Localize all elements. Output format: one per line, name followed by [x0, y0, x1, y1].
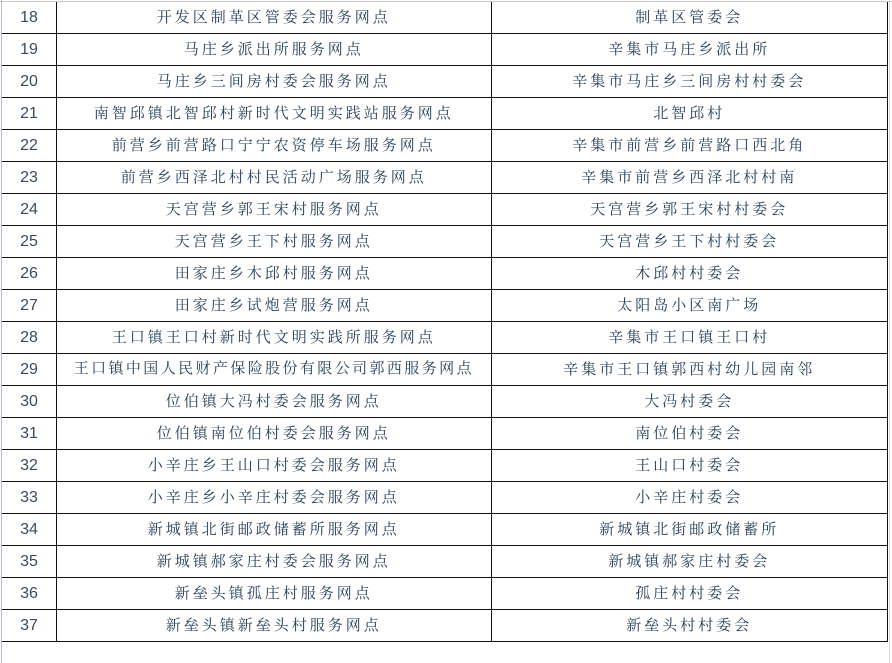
service-point-address: 太阳岛小区南广场 [491, 290, 887, 322]
service-point-address: 辛集市马庄乡派出所 [491, 34, 887, 66]
row-number: 26 [2, 258, 57, 290]
table-row: 30 位伯镇大冯村委会服务网点 大冯村委会 [2, 386, 888, 418]
service-point-name: 新城镇北街邮政储蓄所服务网点 [57, 514, 491, 546]
service-point-name: 小辛庄乡王山口村委会服务网点 [57, 450, 491, 482]
service-point-address: 新垒头村村委会 [491, 610, 887, 642]
service-point-name-text: 小辛庄乡小辛庄村委会服务网点 [57, 482, 490, 513]
table-row: 28 王口镇王口村新时代文明实践所服务网点 辛集市王口镇王口村 [2, 322, 888, 354]
service-point-name: 王口镇中国人民财产保险股份有限公司郭西服务网点 [57, 354, 491, 386]
service-point-address: 制革区管委会 [491, 2, 887, 34]
service-point-name-text: 王口镇王口村新时代文明实践所服务网点 [57, 322, 490, 353]
service-point-name-text: 王口镇中国人民财产保险股份有限公司郭西服务网点 [57, 354, 490, 385]
table-row: 23 前营乡西泽北村村民活动广场服务网点 辛集市前营乡西泽北村村南 [2, 162, 888, 194]
table-row: 31 位伯镇南位伯村委会服务网点 南位伯村委会 [2, 418, 888, 450]
service-point-address: 木邱村村委会 [491, 258, 887, 290]
service-point-name: 马庄乡派出所服务网点 [57, 34, 491, 66]
row-number: 24 [2, 194, 57, 226]
service-point-address: 天宫营乡郭王宋村村委会 [491, 194, 887, 226]
service-point-address: 辛集市王口镇王口村 [491, 322, 887, 354]
service-point-name: 天宫营乡王下村服务网点 [57, 226, 491, 258]
service-point-name-text: 新城镇郝家庄村委会服务网点 [57, 546, 490, 577]
document-page: 18 开发区制革区管委会服务网点 制革区管委会 19 马庄乡派出所服务网点 辛集… [0, 0, 892, 663]
service-point-address: 大冯村委会 [491, 386, 887, 418]
table-row: 21 南智邱镇北智邱村新时代文明实践站服务网点 北智邱村 [2, 98, 888, 130]
service-point-address-text: 新城镇北街邮政储蓄所 [492, 514, 887, 545]
service-point-name: 天宫营乡郭王宋村服务网点 [57, 194, 491, 226]
row-number: 34 [2, 514, 57, 546]
service-point-address-text: 小辛庄村委会 [492, 482, 887, 513]
row-number: 27 [2, 290, 57, 322]
service-point-address-text: 新垒头村村委会 [492, 610, 887, 641]
service-point-name-text: 天宫营乡郭王宋村服务网点 [57, 194, 490, 225]
service-point-name: 位伯镇大冯村委会服务网点 [57, 386, 491, 418]
service-point-name: 南智邱镇北智邱村新时代文明实践站服务网点 [57, 98, 491, 130]
row-number: 29 [2, 354, 57, 386]
service-point-address: 辛集市马庄乡三间房村村委会 [491, 66, 887, 98]
service-point-name: 田家庄乡木邱村服务网点 [57, 258, 491, 290]
service-point-address: 王山口村委会 [491, 450, 887, 482]
table-row: 29 王口镇中国人民财产保险股份有限公司郭西服务网点 辛集市王口镇郭西村幼儿园南… [2, 354, 888, 386]
service-point-name-text: 马庄乡三间房村委会服务网点 [57, 66, 490, 97]
row-number: 35 [2, 546, 57, 578]
service-point-address: 辛集市前营乡西泽北村村南 [491, 162, 887, 194]
right-border [889, 0, 890, 663]
table-row: 34 新城镇北街邮政储蓄所服务网点 新城镇北街邮政储蓄所 [2, 514, 888, 546]
row-number: 21 [2, 98, 57, 130]
service-point-name-text: 前营乡前营路口宁宁农资停车场服务网点 [57, 130, 490, 161]
table-row: 18 开发区制革区管委会服务网点 制革区管委会 [2, 2, 888, 34]
service-point-name-text: 新城镇北街邮政储蓄所服务网点 [57, 514, 490, 545]
service-point-address: 辛集市前营乡前营路口西北角 [491, 130, 887, 162]
row-number: 22 [2, 130, 57, 162]
service-point-address-text: 太阳岛小区南广场 [492, 290, 887, 321]
service-point-address-text: 制革区管委会 [492, 2, 887, 33]
service-point-address: 北智邱村 [491, 98, 887, 130]
service-point-address: 辛集市王口镇郭西村幼儿园南邻 [491, 354, 887, 386]
service-point-address: 小辛庄村委会 [491, 482, 887, 514]
table-row: 25 天宫营乡王下村服务网点 天宫营乡王下村村委会 [2, 226, 888, 258]
service-point-address-text: 天宫营乡郭王宋村村委会 [492, 194, 887, 225]
service-point-name-text: 前营乡西泽北村村民活动广场服务网点 [57, 162, 490, 193]
service-point-address: 新城镇郝家庄村委会 [491, 546, 887, 578]
service-point-name: 小辛庄乡小辛庄村委会服务网点 [57, 482, 491, 514]
table-row: 32 小辛庄乡王山口村委会服务网点 王山口村委会 [2, 450, 888, 482]
service-point-address: 天宫营乡王下村村委会 [491, 226, 887, 258]
service-point-address: 新城镇北街邮政储蓄所 [491, 514, 887, 546]
service-point-name-text: 位伯镇大冯村委会服务网点 [57, 386, 490, 417]
service-point-address: 孤庄村村委会 [491, 578, 887, 610]
table-row: 20 马庄乡三间房村委会服务网点 辛集市马庄乡三间房村村委会 [2, 66, 888, 98]
row-number: 30 [2, 386, 57, 418]
service-point-address-text: 南位伯村委会 [492, 418, 887, 449]
row-number: 37 [2, 610, 57, 642]
service-point-name-text: 新垒头镇新垒头村服务网点 [57, 610, 490, 641]
table-row: 37 新垒头镇新垒头村服务网点 新垒头村村委会 [2, 610, 888, 642]
service-point-name-text: 开发区制革区管委会服务网点 [57, 2, 490, 33]
service-point-address-text: 天宫营乡王下村村委会 [492, 226, 887, 257]
service-point-address-text: 辛集市王口镇郭西村幼儿园南邻 [492, 354, 887, 385]
service-point-address-text: 新城镇郝家庄村委会 [492, 546, 887, 577]
service-point-name: 前营乡西泽北村村民活动广场服务网点 [57, 162, 491, 194]
service-point-name: 田家庄乡试炮营服务网点 [57, 290, 491, 322]
row-number: 20 [2, 66, 57, 98]
service-point-name: 位伯镇南位伯村委会服务网点 [57, 418, 491, 450]
service-point-address-text: 辛集市前营乡前营路口西北角 [492, 130, 887, 161]
service-point-address: 南位伯村委会 [491, 418, 887, 450]
row-number: 33 [2, 482, 57, 514]
service-point-name: 新城镇郝家庄村委会服务网点 [57, 546, 491, 578]
service-point-name-text: 天宫营乡王下村服务网点 [57, 226, 490, 257]
service-point-name-text: 南智邱镇北智邱村新时代文明实践站服务网点 [57, 98, 490, 129]
service-point-name-text: 新垒头镇孤庄村服务网点 [57, 578, 490, 609]
service-point-name-text: 小辛庄乡王山口村委会服务网点 [57, 450, 490, 481]
table-row: 35 新城镇郝家庄村委会服务网点 新城镇郝家庄村委会 [2, 546, 888, 578]
row-number: 32 [2, 450, 57, 482]
row-number: 18 [2, 2, 57, 34]
row-number: 25 [2, 226, 57, 258]
service-point-name: 马庄乡三间房村委会服务网点 [57, 66, 491, 98]
table-row: 27 田家庄乡试炮营服务网点 太阳岛小区南广场 [2, 290, 888, 322]
service-point-address-text: 辛集市马庄乡派出所 [492, 34, 887, 65]
service-point-name: 王口镇王口村新时代文明实践所服务网点 [57, 322, 491, 354]
service-point-name-text: 位伯镇南位伯村委会服务网点 [57, 418, 490, 449]
service-points-table: 18 开发区制革区管委会服务网点 制革区管委会 19 马庄乡派出所服务网点 辛集… [2, 2, 888, 642]
row-number: 36 [2, 578, 57, 610]
service-point-name: 新垒头镇新垒头村服务网点 [57, 610, 491, 642]
row-number: 23 [2, 162, 57, 194]
service-point-address-text: 辛集市马庄乡三间房村村委会 [492, 66, 887, 97]
service-point-name: 新垒头镇孤庄村服务网点 [57, 578, 491, 610]
row-number: 19 [2, 34, 57, 66]
service-point-address-text: 北智邱村 [492, 98, 887, 129]
service-point-name: 开发区制革区管委会服务网点 [57, 2, 491, 34]
table-row: 36 新垒头镇孤庄村服务网点 孤庄村村委会 [2, 578, 888, 610]
table-row: 22 前营乡前营路口宁宁农资停车场服务网点 辛集市前营乡前营路口西北角 [2, 130, 888, 162]
service-point-name-text: 田家庄乡木邱村服务网点 [57, 258, 490, 289]
service-point-address-text: 大冯村委会 [492, 386, 887, 417]
service-point-name-text: 马庄乡派出所服务网点 [57, 34, 490, 65]
row-number: 31 [2, 418, 57, 450]
service-point-address-text: 孤庄村村委会 [492, 578, 887, 609]
service-point-address-text: 王山口村委会 [492, 450, 887, 481]
table-row: 26 田家庄乡木邱村服务网点 木邱村村委会 [2, 258, 888, 290]
table-row: 19 马庄乡派出所服务网点 辛集市马庄乡派出所 [2, 34, 888, 66]
service-point-address-text: 木邱村村委会 [492, 258, 887, 289]
service-point-name-text: 田家庄乡试炮营服务网点 [57, 290, 490, 321]
row-number: 28 [2, 322, 57, 354]
service-point-name: 前营乡前营路口宁宁农资停车场服务网点 [57, 130, 491, 162]
service-point-address-text: 辛集市王口镇王口村 [492, 322, 887, 353]
table-row: 24 天宫营乡郭王宋村服务网点 天宫营乡郭王宋村村委会 [2, 194, 888, 226]
table-row: 33 小辛庄乡小辛庄村委会服务网点 小辛庄村委会 [2, 482, 888, 514]
service-point-address-text: 辛集市前营乡西泽北村村南 [492, 162, 887, 193]
